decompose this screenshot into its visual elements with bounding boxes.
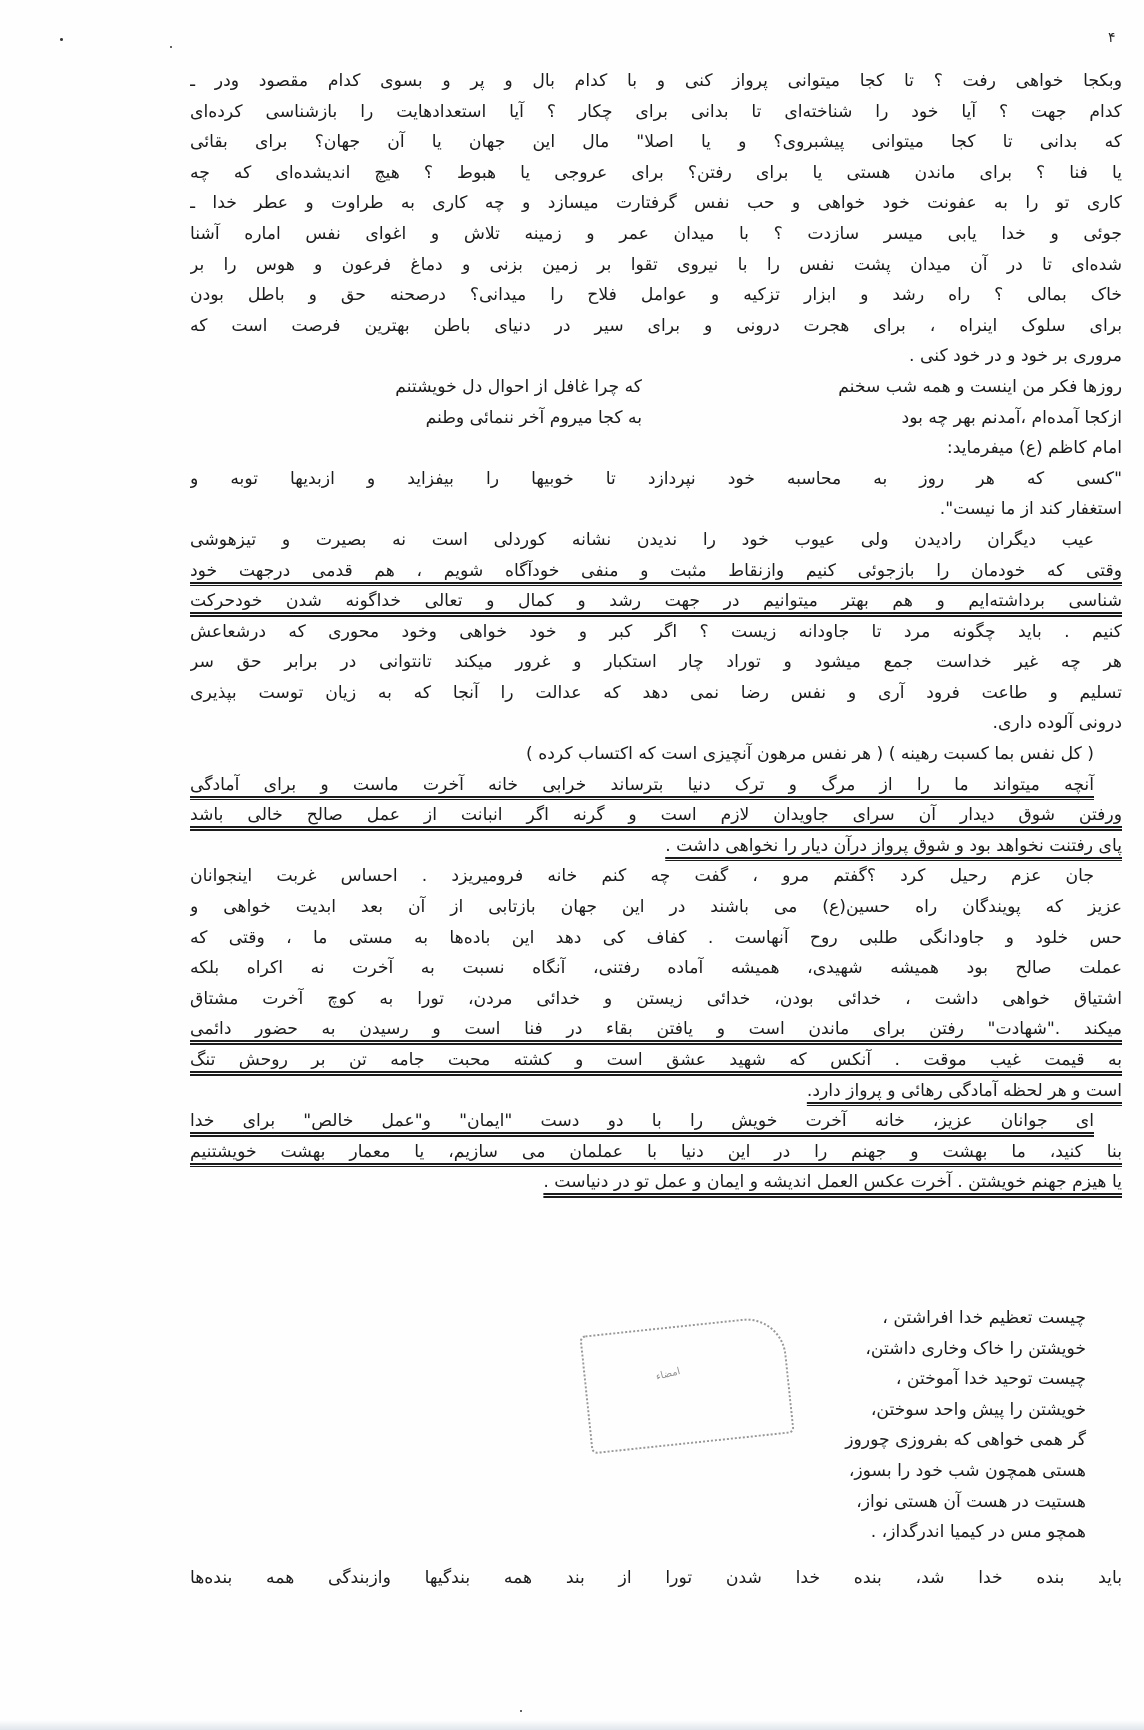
stamp-text: امضاء (655, 1366, 681, 1383)
text-line-underlined: ای جوانان عزیز، خانه‌ آخرت خویش را با دو… (190, 1106, 1122, 1137)
text-line: برای سلوک اینراه ، برای هجرت درونی و برا… (190, 311, 1122, 342)
verse-hemistich-left: به کجا میروم آخر ننمائی وطنم (202, 403, 652, 434)
page-number-mark: ۴ (1108, 30, 1116, 46)
text-line-underlined: یا هیزم جهنم خویشتن . آخرت عکس العمل اند… (190, 1167, 1122, 1198)
text-line-underlined: آنچه میتواند ما را از مرگ و ترک دنیا بتر… (190, 770, 1122, 801)
poem-block: چیست تعظیم خدا افراشتن ، خویشتن را خاک و… (845, 1303, 1086, 1548)
document-body: وبکجا خواهی رفت ؟ تا کجا میتوانی پرواز ک… (190, 66, 1122, 1198)
text-line-underlined: وقتی که خودمان را بازجوئی کنیم وازنقاط م… (190, 556, 1122, 587)
text-line: کاری تو را به عفونت خود خواهی و حب نفس گ… (190, 188, 1122, 219)
scan-speck (520, 1710, 522, 1712)
text-line: جوئی و خدا یابی میسر سازدت ؟ با میدان عم… (190, 219, 1122, 250)
text-line: یا فنا ؟ برای ماندن هستی یا برای رفتن؟ ب… (190, 158, 1122, 189)
text-line: شده‌ای تا در آن میدان پشت نفس را با نیرو… (190, 250, 1122, 281)
verse-hemistich-right: ازکجا آمده‌ام ،آمدنم بهر چه بود (652, 403, 1122, 434)
quote-intro: امام کاظم (ع) میفرماید: (190, 433, 1122, 464)
poem-line: گر همی خواهی که بفروزی چوروز (845, 1425, 1086, 1456)
text-line: اشتیاق خواهی داشت ، خدائی بودن، خدائی زی… (190, 984, 1122, 1015)
text-line: تسلیم و طاعت فرود آری و نفس رضا نمی دهد … (190, 678, 1122, 709)
faded-stamp: امضاء (579, 1315, 794, 1455)
text-line: کنیم . باید چگونه مرد تا جاودانه زیست ؟ … (190, 617, 1122, 648)
text-line-underlined: میکند ."شهادت" رفتن برای ماندن است و یاف… (190, 1014, 1122, 1045)
scan-speck (170, 46, 172, 48)
verse-hemistich-right: روزها فکر من اینست و همه شب سخنم (652, 372, 1122, 403)
text-line: کدام جهت ؟ آیا خود را شناخته‌ای تا بدانی… (190, 97, 1122, 128)
text-line-underlined: بنا کنید، ما بهشت و جهنم را در این دنیا … (190, 1137, 1122, 1168)
text-line: عملت صالح بود همیشه شهیدی، همیشه آماده‌ … (190, 953, 1122, 984)
text-line: مروری بر خود و در خود کنی . (190, 341, 1122, 372)
verse-couplet: روزها فکر من اینست و همه شب سخنم که چرا … (190, 372, 1122, 403)
scan-edge (0, 1720, 1144, 1730)
verse-hemistich-left: که چرا غافل از احوال دل خویشتنم (202, 372, 652, 403)
text-line: خاک بمالی ؟ راه رشد و ابزار تزکیه و عوام… (190, 280, 1122, 311)
text-line-underlined: است و هر لحظه آمادگی رهائی و پرواز دارد. (190, 1076, 1122, 1107)
text-line: حس خلود و جاودانگی طلبی روح آنهاست . کفا… (190, 923, 1122, 954)
text-line: عزیز که پویندگان راه حسین(ع) می باشند در… (190, 892, 1122, 923)
closing-line: باید بنده‌ خدا شد، بنده‌ خدا شدن تورا از… (190, 1563, 1122, 1594)
text-line-underlined: به قیمت غیب موقت . آنکس که شهید عشق است … (190, 1045, 1122, 1076)
verse-couplet: ازکجا آمده‌ام ،آمدنم بهر چه بود به کجا م… (190, 403, 1122, 434)
text-line-underlined: پای رفتنت نخواهد بود و شوق پرواز درآن دی… (190, 831, 1122, 862)
text-line: که بدانی تا کجا میتوانی پیشبروی؟ و یا اص… (190, 127, 1122, 158)
poem-line: هستی همچون شب خود را بسوز، (845, 1456, 1086, 1487)
poem-line: همچو مس در کیمیا اندرگداز، . (845, 1517, 1086, 1548)
text-line: عیب دیگران رادیدن ولی عیوب خود را ندیدن … (190, 525, 1122, 556)
poem-line: هستیت در هست آن هستی نواز، (845, 1487, 1086, 1518)
text-line: درونی آلوده داری. (190, 708, 1122, 739)
text-line: وبکجا خواهی رفت ؟ تا کجا میتوانی پرواز ک… (190, 66, 1122, 97)
scan-speck (60, 38, 63, 41)
quran-verse: ( کل نفس بما کسبت رهینه ) ( هر نفس مرهون… (190, 739, 1122, 770)
poem-line: خویشتن را پیش واحد سوختن، (845, 1395, 1086, 1426)
poem-line: چیست تعظیم خدا افراشتن ، (845, 1303, 1086, 1334)
quote-line: "کسی که هر روز به محاسبه خود نپردازد تا … (190, 464, 1122, 495)
text-line: جان عزم رحیل کرد ؟گفتم مرو ، گفت چه کنم … (190, 861, 1122, 892)
poem-line: چیست توحید خدا آموختن ، (845, 1364, 1086, 1395)
quote-line: استغفار کند از ما نیست". (190, 494, 1122, 525)
poem-line: خویشتن را خاک وخاری داشتن، (845, 1334, 1086, 1365)
text-line-underlined: شناسی برداشته‌ایم و هم بهتر میتوانیم در … (190, 586, 1122, 617)
scanned-page: ۴ وبکجا خواهی رفت ؟ تا کجا میتوانی پرواز… (0, 0, 1144, 1730)
text-line-underlined: ورفتن شوق دیدار آن سرای جاویدان لازم است… (190, 800, 1122, 831)
text-line: هر چه غیر خداست جمع میشود و توراد چار اس… (190, 647, 1122, 678)
